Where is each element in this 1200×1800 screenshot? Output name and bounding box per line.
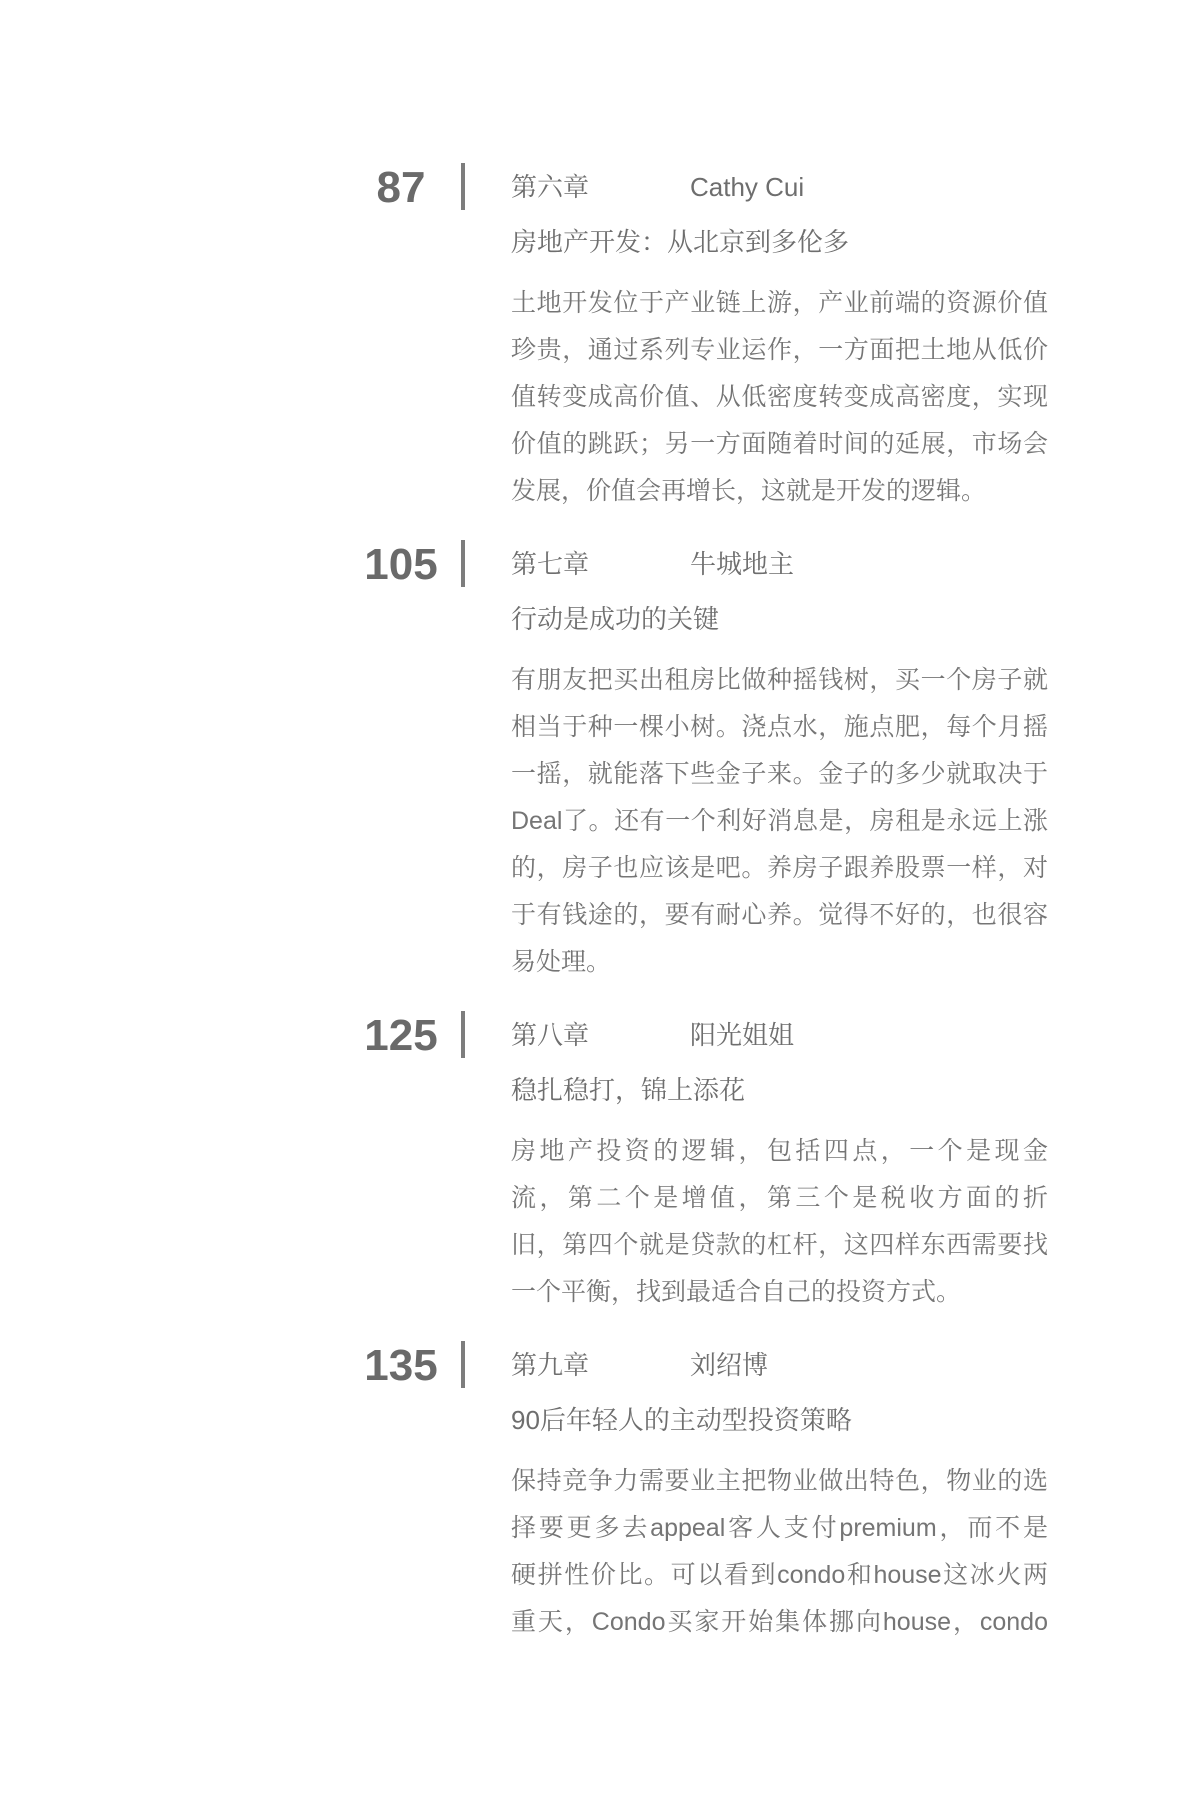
excerpt-line: 于有钱途的，要有耐心养。觉得不好的，也很容 [511,892,1048,939]
excerpt-line: 相当于种一棵小树。浇点水，施点肥，每个月摇 [511,704,1048,751]
excerpt-line: 价值的跳跃；另一方面随着时间的延展，市场会 [511,421,1048,468]
toc-section: 87 第六章Cathy Cui 房地产开发：从北京到多伦多 土地开发位于产业链上… [341,160,1200,515]
excerpt-line: 易处理。 [511,939,1048,986]
excerpt-line: 珍贵，通过系列专业运作，一方面把土地从低价 [511,327,1048,374]
chapter-label: 第六章 [511,160,690,215]
author-name: Cathy Cui [690,160,804,215]
excerpt-line: 土地开发位于产业链上游，产业前端的资源价值 [511,280,1048,327]
divider-bar [461,1341,465,1388]
excerpt-line: 旧，第四个就是贷款的杠杆，这四样东西需要找 [511,1222,1048,1269]
excerpt-line: 流，第二个是增值，第三个是税收方面的折 [511,1175,1048,1222]
chapter-title-line: 第六章Cathy Cui [511,160,849,215]
divider-bar [461,163,465,210]
chapter-title-line: 第九章刘绍博 [511,1338,852,1393]
section-heading: 135 第九章刘绍博 90后年轻人的主动型投资策略 [341,1338,1200,1448]
divider-bar [461,1011,465,1058]
excerpt-line: Deal了。还有一个利好消息是，房租是永远上涨 [511,798,1048,845]
excerpt-line: 择要更多去appeal客人支付premium，而不是 [511,1505,1048,1552]
excerpt-line: 一摇，就能落下些金子来。金子的多少就取决于 [511,751,1048,798]
section-heading: 105 第七章牛城地主 行动是成功的关键 [341,537,1200,647]
chapter-excerpt: 房地产投资的逻辑，包括四点，一个是现金 流，第二个是增值，第三个是税收方面的折 … [511,1128,1048,1316]
excerpt-line: 有朋友把买出租房比做种摇钱树，买一个房子就 [511,657,1048,704]
chapter-heading-text: 第九章刘绍博 90后年轻人的主动型投资策略 [511,1338,852,1448]
chapter-title-line: 第七章牛城地主 [511,537,794,592]
chapter-label: 第八章 [511,1008,690,1063]
chapter-subtitle: 90后年轻人的主动型投资策略 [511,1393,852,1448]
page-number: 105 [341,537,461,592]
excerpt-line: 发展，价值会再增长，这就是开发的逻辑。 [511,468,1048,515]
chapter-excerpt: 土地开发位于产业链上游，产业前端的资源价值 珍贵，通过系列专业运作，一方面把土地… [511,280,1048,515]
excerpt-line: 保持竞争力需要业主把物业做出特色，物业的选 [511,1458,1048,1505]
excerpt-line: 的，房子也应该是吧。养房子跟养股票一样，对 [511,845,1048,892]
page-number: 87 [341,160,461,215]
excerpt-line: 重天，Condo买家开始集体挪向house，condo [511,1599,1048,1646]
section-heading: 87 第六章Cathy Cui 房地产开发：从北京到多伦多 [341,160,1200,270]
author-name: 刘绍博 [690,1338,768,1393]
chapter-subtitle: 稳扎稳打，锦上添花 [511,1063,794,1118]
author-name: 牛城地主 [690,537,794,592]
toc-section: 105 第七章牛城地主 行动是成功的关键 有朋友把买出租房比做种摇钱树，买一个房… [341,537,1200,986]
section-heading: 125 第八章阳光姐姐 稳扎稳打，锦上添花 [341,1008,1200,1118]
chapter-excerpt: 有朋友把买出租房比做种摇钱树，买一个房子就 相当于种一棵小树。浇点水，施点肥，每… [511,657,1048,986]
chapter-heading-text: 第七章牛城地主 行动是成功的关键 [511,537,794,647]
page-number: 135 [341,1338,461,1393]
excerpt-line: 硬拼性价比。可以看到condo和house这冰火两 [511,1552,1048,1599]
divider-bar [461,540,465,587]
toc-section: 125 第八章阳光姐姐 稳扎稳打，锦上添花 房地产投资的逻辑，包括四点，一个是现… [341,1008,1200,1316]
chapter-title-line: 第八章阳光姐姐 [511,1008,794,1063]
excerpt-line: 值转变成高价值、从低密度转变成高密度，实现 [511,374,1048,421]
page-number: 125 [341,1008,461,1063]
toc-section: 135 第九章刘绍博 90后年轻人的主动型投资策略 保持竞争力需要业主把物业做出… [341,1338,1200,1646]
excerpt-line: 房地产投资的逻辑，包括四点，一个是现金 [511,1128,1048,1175]
chapter-heading-text: 第六章Cathy Cui 房地产开发：从北京到多伦多 [511,160,849,270]
chapter-label: 第九章 [511,1338,690,1393]
chapter-subtitle: 行动是成功的关键 [511,592,794,647]
excerpt-line: 一个平衡，找到最适合自己的投资方式。 [511,1269,1048,1316]
chapter-excerpt: 保持竞争力需要业主把物业做出特色，物业的选 择要更多去appeal客人支付pre… [511,1458,1048,1646]
author-name: 阳光姐姐 [690,1008,794,1063]
chapter-label: 第七章 [511,537,690,592]
book-toc-page: 87 第六章Cathy Cui 房地产开发：从北京到多伦多 土地开发位于产业链上… [0,0,1200,1800]
chapter-subtitle: 房地产开发：从北京到多伦多 [511,215,849,270]
chapter-heading-text: 第八章阳光姐姐 稳扎稳打，锦上添花 [511,1008,794,1118]
